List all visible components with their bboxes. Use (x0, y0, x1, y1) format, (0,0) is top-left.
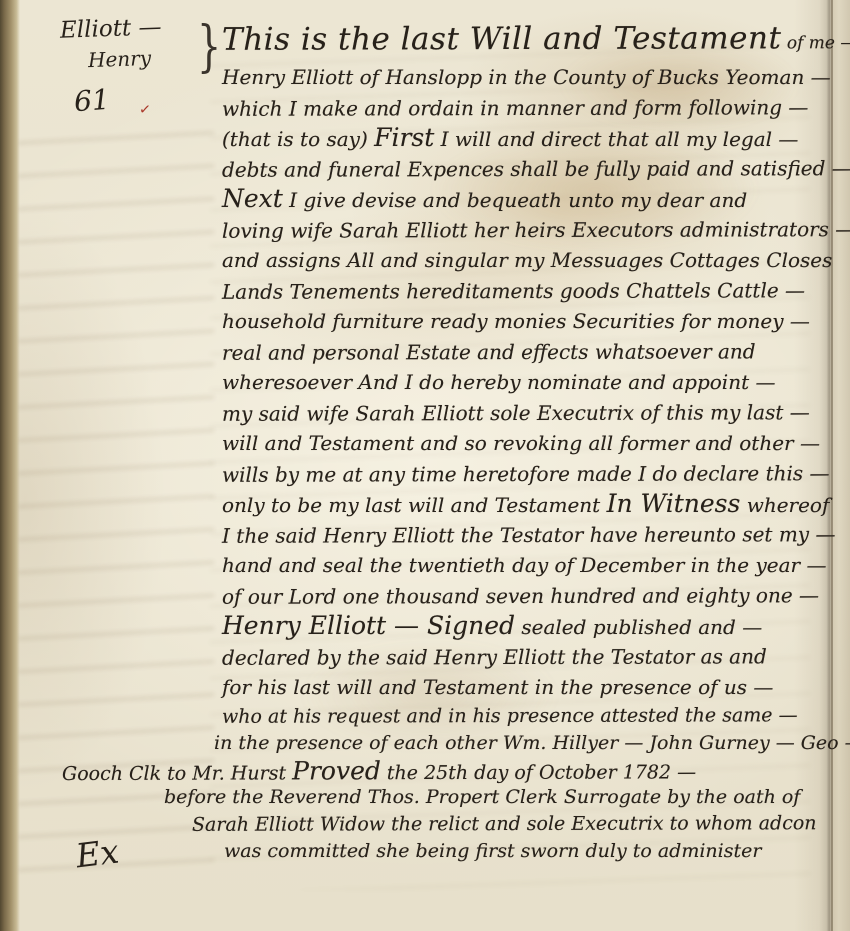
manuscript-line: before the Reverend Thos. Propert Clerk … (164, 784, 828, 811)
manuscript-line: loving wife Sarah Elliott her heirs Exec… (222, 214, 828, 246)
manuscript-line: Henry Elliott — Signed sealed published … (222, 611, 828, 642)
manuscript-text: of me — (781, 33, 850, 53)
manuscript-text: will and Testament and so revoking all f… (222, 431, 820, 455)
margin-forename: Henry (88, 46, 152, 72)
right-page-edge-crease (831, 0, 833, 931)
manuscript-text: which I make and ordain in manner and fo… (222, 95, 808, 121)
manuscript-line: and assigns All and singular my Messuage… (222, 245, 828, 276)
manuscript-line: in the presence of each other Wm. Hillye… (214, 730, 828, 757)
folio-number: 61 (73, 83, 111, 118)
manuscript-text: Next (222, 184, 283, 213)
manuscript-line: Lands Tenements hereditaments goods Chat… (222, 275, 828, 307)
manuscript-line: declared by the said Henry Elliott the T… (222, 641, 828, 673)
manuscript-text: wills by me at any time heretofore made … (222, 461, 830, 487)
manuscript-line: will and Testament and so revoking all f… (222, 428, 828, 459)
manuscript-line: which I make and ordain in manner and fo… (222, 92, 828, 124)
manuscript-line: Henry Elliott of Hanslopp in the County … (222, 62, 828, 93)
manuscript-line: I the said Henry Elliott the Testator ha… (222, 519, 828, 551)
manuscript-text: hand and seal the twentieth day of Decem… (222, 553, 826, 577)
manuscript-line: wheresoever And I do hereby nominate and… (222, 367, 828, 398)
manuscript-line: (that is to say) First I will and direct… (222, 123, 828, 154)
manuscript-text: in the presence of each other Wm. Hillye… (214, 732, 850, 754)
manuscript-text: for his last will and Testament in the p… (222, 675, 773, 699)
manuscript-text: Proved (292, 756, 381, 785)
manuscript-text: Henry Elliott of Hanslopp in the County … (222, 65, 831, 89)
manuscript-text: my said wife Sarah Elliott sole Executri… (222, 400, 810, 426)
manuscript-text: wheresoever And I do hereby nominate and… (222, 370, 775, 394)
examined-mark: Ex (74, 832, 121, 876)
manuscript-text: loving wife Sarah Elliott her heirs Exec… (222, 217, 850, 243)
manuscript-text: I give devise and bequeath unto my dear … (283, 188, 747, 212)
manuscript-line: debts and funeral Expences shall be full… (222, 153, 828, 185)
binding-gutter-edge (0, 0, 20, 931)
manuscript-line: of our Lord one thousand seven hundred a… (222, 580, 828, 612)
manuscript-line: who at his request and in his presence a… (222, 702, 828, 731)
manuscript-text: before the Reverend Thos. Propert Clerk … (164, 786, 800, 808)
manuscript-text: I the said Henry Elliott the Testator ha… (222, 522, 835, 548)
manuscript-line: wills by me at any time heretofore made … (222, 458, 828, 490)
manuscript-line: Next I give devise and bequeath unto my … (222, 184, 828, 215)
manuscript-text: whereof (740, 493, 829, 517)
manuscript-line: was committed she being first sworn duly… (224, 838, 828, 865)
manuscript-text: This is the last Will and Testament (222, 20, 782, 57)
manuscript-text: real and personal Estate and effects wha… (222, 339, 756, 364)
manuscript-text: who at his request and in his presence a… (222, 704, 798, 728)
red-check-mark: ✓ (138, 101, 151, 118)
manuscript-text: the 25th day of October 1782 — (381, 761, 696, 784)
manuscript-line: real and personal Estate and effects wha… (222, 336, 828, 368)
manuscript-text: sealed published and — (515, 615, 762, 639)
manuscript-text: only to be my last will and Testament (222, 493, 607, 517)
manuscript-text: Gooch Clk to Mr. Hurst (62, 762, 292, 785)
manuscript-text: (that is to say) (222, 127, 374, 151)
manuscript-line: This is the last Will and Testament of m… (222, 15, 828, 63)
manuscript-text: Henry Elliott — Signed (222, 611, 515, 640)
manuscript-line: Sarah Elliott Widow the relict and sole … (192, 810, 828, 839)
manuscript-text: In Witness (607, 489, 741, 518)
scanned-will-page: { "document": { "kind": "manuscript will… (0, 0, 850, 931)
manuscript-text: First (374, 123, 434, 152)
manuscript-text: declared by the said Henry Elliott the T… (222, 644, 767, 669)
margin-surname: Elliott — (60, 14, 162, 44)
manuscript-line: for his last will and Testament in the p… (222, 672, 828, 703)
manuscript-line: only to be my last will and Testament In… (222, 489, 828, 520)
manuscript-text: household furniture ready monies Securit… (222, 309, 810, 333)
manuscript-text: of our Lord one thousand seven hundred a… (222, 583, 819, 609)
manuscript-text: debts and funeral Expences shall be full… (222, 156, 850, 182)
manuscript-text: Lands Tenements hereditaments goods Chat… (222, 278, 805, 304)
manuscript-text: I will and direct that all my legal — (434, 127, 798, 151)
manuscript-line: Gooch Clk to Mr. Hurst Proved the 25th d… (62, 755, 828, 784)
manuscript-text: and assigns All and singular my Messuage… (222, 248, 832, 272)
opening-brace: } (197, 14, 221, 78)
manuscript-lines: This is the last Will and Testament of m… (222, 16, 828, 865)
manuscript-text: was committed she being first sworn duly… (224, 840, 761, 862)
manuscript-line: my said wife Sarah Elliott sole Executri… (222, 397, 828, 429)
manuscript-page: Elliott — Henry 61 ✓ } Ex This is the la… (0, 0, 850, 931)
manuscript-line: household furniture ready monies Securit… (222, 306, 828, 337)
manuscript-text: Sarah Elliott Widow the relict and sole … (192, 812, 817, 836)
manuscript-line: hand and seal the twentieth day of Decem… (222, 550, 828, 581)
